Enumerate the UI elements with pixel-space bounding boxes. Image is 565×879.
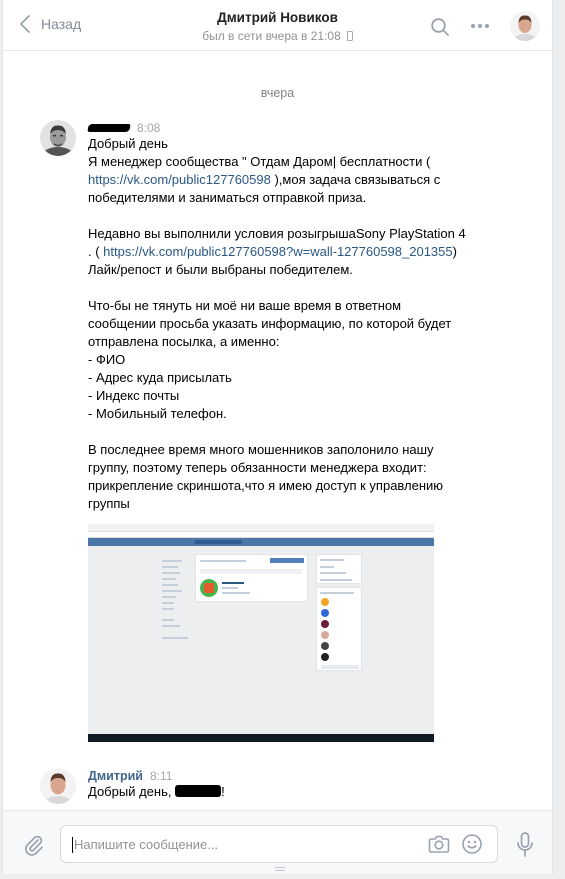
text-line: Добрый день, [88,784,175,799]
community-name-line [222,582,244,584]
online-status-text: был в сети вчера в 21:08 [202,29,341,43]
nav-line [162,590,182,592]
card-line [320,592,354,594]
text-line: Добрый день [88,136,168,151]
nav-line [162,608,174,610]
create-community-button [270,558,304,563]
avatar-photo-icon [40,768,76,804]
browser-tabbar [88,524,434,532]
message-text: Добрый день, ! [88,783,483,801]
avatar-photo-icon [510,11,540,41]
avatar-photo-icon [40,120,76,156]
card-line [320,566,334,568]
nav-line [162,602,174,604]
message-text: Добрый день Я менеджер сообщества " Отда… [88,135,483,513]
show-all-button [321,665,359,669]
paperclip-icon[interactable] [23,834,45,856]
vk-topbar [88,538,434,546]
recommended-card [316,587,362,671]
mobile-phone-icon [347,31,353,41]
author-name-redacted[interactable] [87,124,130,132]
community-link[interactable]: https://vk.com/public127760598 [88,172,271,187]
info-request-text: Что-бы не тянуть ни моё ни ваше время в … [88,298,451,421]
message-meta: 8:08 [88,120,483,135]
sender-avatar[interactable] [40,120,76,156]
page-background-strip [554,0,565,879]
rec-avatar [321,609,329,617]
rec-avatar [321,642,329,650]
message-body: 8:08 Добрый день Я менеджер сообщества "… [88,120,483,513]
text-line: . ( [88,244,103,259]
card-line [320,579,352,581]
author-name[interactable]: Дмитрий [88,769,143,783]
tabs-line [200,560,246,562]
message-body: Дмитрий 8:11 Добрый день, ! [88,768,483,801]
nav-line [162,596,176,598]
message-meta: Дмитрий 8:11 [88,768,483,783]
smile-icon[interactable] [461,833,483,855]
card-line [320,572,346,574]
search-field [200,569,302,574]
text-line: Лайк/репост и были выбраны победителем. [88,262,353,277]
my-communities-card [316,554,362,584]
contact-avatar[interactable] [510,11,540,41]
text-caret [72,837,73,853]
text-line: Я менеджер сообщества " Отдам Даром| бес… [88,154,430,169]
chat-header: Назад Дмитрий Новиков был в сети вчера в… [3,0,552,51]
rec-avatar [321,653,329,661]
nav-line [162,572,180,574]
text-line: победителями и заниматься отправкой приз… [88,190,366,205]
chat-panel: Назад Дмитрий Новиков был в сети вчера в… [2,0,553,874]
nav-line [162,625,180,627]
text-line: ! [221,784,225,799]
text-line: ),моя задача связываться с [271,172,440,187]
date-separator: вчера [3,86,552,100]
more-icon[interactable] [469,20,491,32]
message-composer: Напишите сообщение... [3,810,552,874]
community-meta-line [222,587,238,589]
message-input-placeholder: Напишите сообщение... [74,837,218,852]
community-meta-line [222,592,250,594]
sender-avatar[interactable] [40,768,76,804]
redacted-name [175,785,221,797]
search-icon[interactable] [430,17,450,37]
rec-avatar [321,598,329,606]
online-status: был в сети вчера в 21:08 [202,29,353,43]
text-line: ) [453,244,457,259]
message-input[interactable]: Напишите сообщение... [60,825,498,863]
message-time: 8:11 [150,769,172,783]
image-attachment[interactable] [88,524,434,742]
vk-search-bar [194,540,242,544]
nav-line [162,578,176,580]
nav-line [162,637,188,639]
microphone-icon[interactable] [516,832,534,858]
gift-icon [204,583,214,593]
nav-line [162,619,174,621]
text-line: Недавно вы выполнили условия розыгрышаSo… [88,226,466,241]
camera-icon[interactable] [428,834,450,854]
rec-avatar [321,620,329,628]
wall-post-link[interactable]: https://vk.com/public127760598?w=wall-12… [103,244,452,259]
nav-line [162,584,178,586]
nav-line [162,566,178,568]
card-line [320,559,344,561]
resize-handle[interactable] [275,867,285,871]
nav-line [162,560,182,562]
screenshot-explanation-text: В последнее время много мошенников запол… [88,442,443,511]
rec-avatar [321,631,329,639]
windows-taskbar [88,734,434,742]
message-time: 8:08 [137,121,160,135]
communities-card [195,554,308,602]
